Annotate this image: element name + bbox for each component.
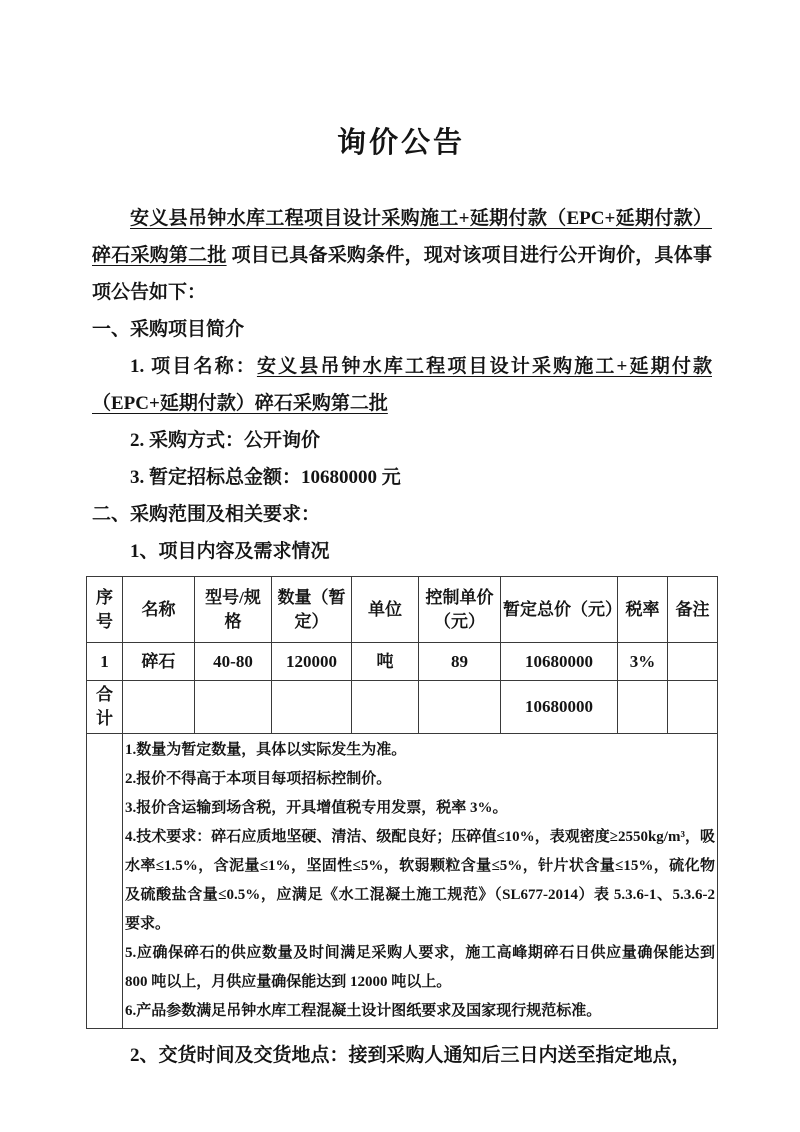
section-1-heading: 一、采购项目简介	[92, 311, 712, 348]
cell-qty: 120000	[272, 643, 352, 681]
cell-unit: 吨	[352, 643, 419, 681]
note-item: 4.技术要求：碎石应质地坚硬、清洁、级配良好；压碎值≤10%，表观密度≥2550…	[125, 823, 715, 939]
doc-title: 询价公告	[92, 126, 710, 160]
note-item: 3.报价含运输到场含税，开具增值税专用发票，税率 3%。	[125, 794, 715, 823]
sub-item-project-content: 1、项目内容及需求情况	[92, 533, 712, 570]
delivery-paragraph: 2、交货时间及交货地点：接到采购人通知后三日内送至指定地点，	[92, 1037, 712, 1074]
empty-cell	[123, 681, 195, 734]
item-project-name: 1. 项目名称：安义县吊钟水库工程项目设计采购施工+延期付款（EPC+延期付款）…	[92, 348, 712, 422]
table-notes-cell: 1.数量为暂定数量，具体以实际发生为准。 2.报价不得高于本项目每项招标控制价。…	[123, 734, 718, 1029]
cell-spec: 40-80	[195, 643, 272, 681]
table-notes-row: 1.数量为暂定数量，具体以实际发生为准。 2.报价不得高于本项目每项招标控制价。…	[87, 734, 718, 1029]
cell-seq: 1	[87, 643, 123, 681]
total-value-cell: 10680000	[501, 681, 618, 734]
header-unit: 单位	[352, 577, 419, 643]
empty-cell	[419, 681, 501, 734]
document-page: 询价公告 安义县吊钟水库工程项目设计采购施工+延期付款（EPC+延期付款）碎石采…	[0, 0, 800, 1132]
header-total-price: 暂定总价（元）	[501, 577, 618, 643]
note-item: 1.数量为暂定数量，具体以实际发生为准。	[125, 736, 715, 765]
cell-unit-price: 89	[419, 643, 501, 681]
header-unit-price: 控制单价（元）	[419, 577, 501, 643]
item-total-amount: 3. 暂定招标总金额：10680000 元	[92, 459, 712, 496]
header-qty: 数量（暂定）	[272, 577, 352, 643]
empty-cell	[195, 681, 272, 734]
total-label-cell: 合计	[87, 681, 123, 734]
table-header-row: 序号 名称 型号/规格 数量（暂定） 单位 控制单价（元） 暂定总价（元） 税率…	[87, 577, 718, 643]
note-item: 6.产品参数满足吊钟水库工程混凝土设计图纸要求及国家现行规范标准。	[125, 997, 715, 1026]
empty-cell	[618, 681, 668, 734]
header-name: 名称	[123, 577, 195, 643]
cell-remark	[668, 643, 718, 681]
cell-tax: 3%	[618, 643, 668, 681]
project-name-label: 1. 项目名称：	[130, 356, 257, 377]
table-total-row: 合计 10680000	[87, 681, 718, 734]
note-item: 5.应确保碎石的供应数量及时间满足采购人要求，施工高峰期碎石日供应量确保能达到 …	[125, 939, 715, 997]
header-seq: 序号	[87, 577, 123, 643]
empty-cell	[352, 681, 419, 734]
empty-cell	[87, 734, 123, 1029]
header-tax: 税率	[618, 577, 668, 643]
header-remark: 备注	[668, 577, 718, 643]
section-2-heading: 二、采购范围及相关要求：	[92, 496, 712, 533]
header-spec: 型号/规格	[195, 577, 272, 643]
cell-total-price: 10680000	[501, 643, 618, 681]
note-item: 2.报价不得高于本项目每项招标控制价。	[125, 765, 715, 794]
cell-name: 碎石	[123, 643, 195, 681]
empty-cell	[272, 681, 352, 734]
empty-cell	[668, 681, 718, 734]
item-procurement-method: 2. 采购方式：公开询价	[92, 422, 712, 459]
intro-paragraph: 安义县吊钟水库工程项目设计采购施工+延期付款（EPC+延期付款）碎石采购第二批 …	[92, 200, 712, 311]
table-row: 1 碎石 40-80 120000 吨 89 10680000 3%	[87, 643, 718, 681]
requirements-table: 序号 名称 型号/规格 数量（暂定） 单位 控制单价（元） 暂定总价（元） 税率…	[86, 576, 718, 1029]
